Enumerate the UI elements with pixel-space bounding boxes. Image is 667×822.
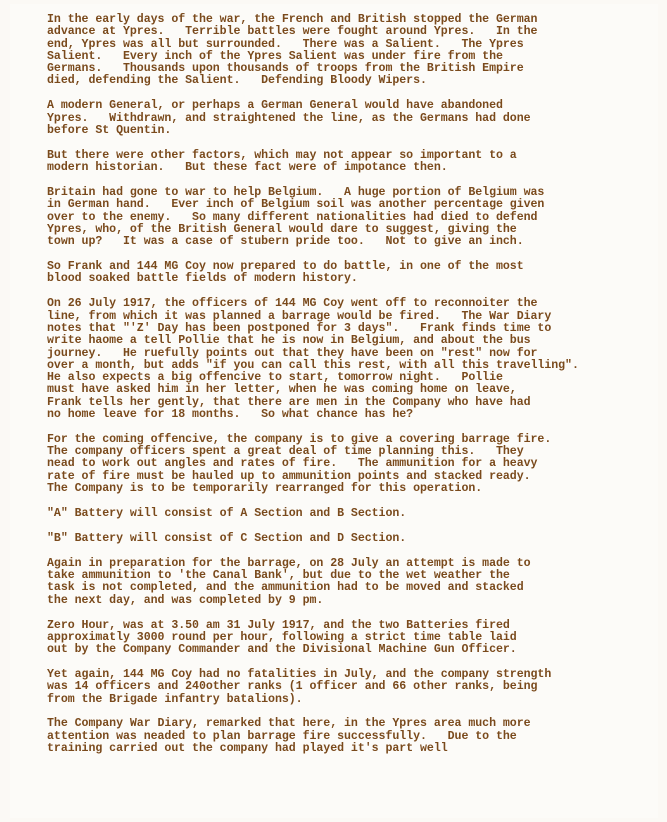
text-line: the next day, and was completed by 9 pm. [47,595,667,607]
text-line: task is not completed, and the ammunitio… [47,582,667,594]
paragraph-6: On 26 July 1917, the officers of 144 MG … [47,298,667,421]
text-line: On 26 July 1917, the officers of 144 MG … [47,298,667,310]
paragraph-9: "B" Battery will consist of C Section an… [47,533,667,545]
text-line: in German hand. Ever inch of Belgium soi… [47,199,667,211]
paragraph-3: But there were other factors, which may … [47,150,667,175]
paragraph-5: So Frank and 144 MG Coy now prepared to … [47,261,667,286]
text-line: A modern General, or perhaps a German Ge… [47,100,667,112]
text-line: no home leave for 18 months. So what cha… [47,409,667,421]
text-line: modern historian. But these fact were of… [47,162,667,174]
text-line: died, defending the Salient. Defending B… [47,75,667,87]
paragraph-11: Zero Hour, was at 3.50 am 31 July 1917, … [47,620,667,657]
text-line: blood soaked battle fields of modern his… [47,273,667,285]
text-line: advance at Ypres. Terrible battles were … [47,26,667,38]
paragraph-13: The Company War Diary, remarked that her… [47,718,667,755]
text-line: town up? It was a case of stubern pride … [47,236,667,248]
paragraph-12: Yet again, 144 MG Coy had no fatalities … [47,669,667,706]
text-line: "B" Battery will consist of C Section an… [47,533,667,545]
paragraph-8: "A" Battery will consist of A Section an… [47,508,667,520]
paragraph-1: In the early days of the war, the French… [47,14,667,88]
text-line: out by the Company Commander and the Div… [47,644,667,656]
text-line: The Company is to be temporarily rearran… [47,483,667,495]
paragraph-10: Again in preparation for the barrage, on… [47,558,667,607]
document-page: In the early days of the war, the French… [10,4,658,818]
text-line: from the Brigade infantry batalions). [47,694,667,706]
document-body: In the early days of the war, the French… [47,14,667,768]
text-line: before St Quentin. [47,125,667,137]
text-line: must have asked him in her letter, when … [47,384,667,396]
text-line: training carried out the company had pla… [47,743,667,755]
text-line: Zero Hour, was at 3.50 am 31 July 1917, … [47,620,667,632]
text-line: "A" Battery will consist of A Section an… [47,508,667,520]
paragraph-7: For the coming offencive, the company is… [47,434,667,495]
text-line: journey. He ruefully points out that the… [47,348,667,360]
paragraph-4: Britain had gone to war to help Belgium.… [47,187,667,248]
text-line: was 14 officers and 240other ranks (1 of… [47,681,667,693]
paragraph-2: A modern General, or perhaps a German Ge… [47,100,667,137]
text-line: write haome a tell Pollie that he is now… [47,335,667,347]
text-line: nead to work out angles and rates of fir… [47,458,667,470]
text-line: The Company War Diary, remarked that her… [47,718,667,730]
